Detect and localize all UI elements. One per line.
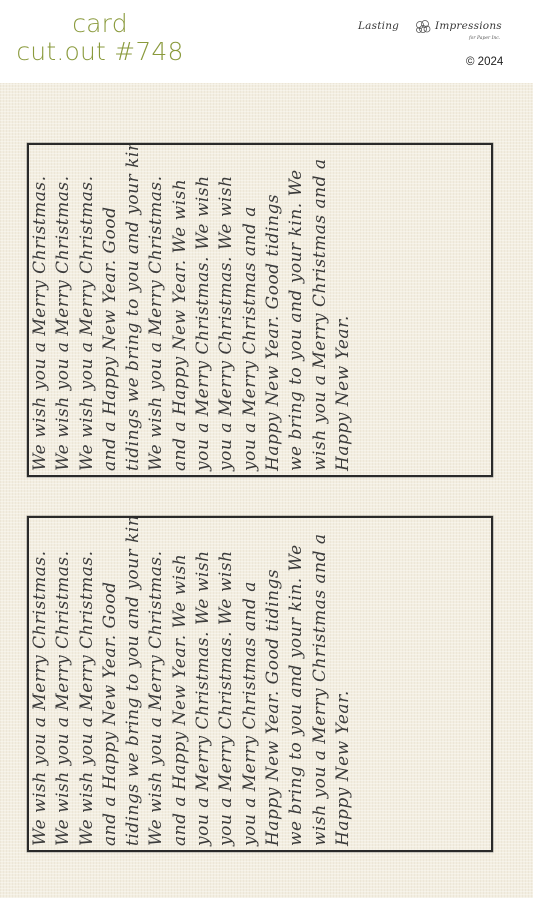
script-line: you a Merry Christmas. We wish (192, 145, 215, 475)
script-line: wish you a Merry Christmas and a (309, 518, 332, 850)
script-line: We wish you a Merry Christmas. (52, 518, 75, 850)
script-line: and a Happy New Year. Good (99, 145, 122, 475)
brand-name-left: Lasting (358, 20, 399, 32)
script-line: wish you a Merry Christmas and a (309, 145, 332, 475)
script-text-block: We wish you a Merry Christmas. We wish y… (29, 518, 491, 850)
script-line: you a Merry Christmas and a (239, 518, 262, 850)
script-line: you a Merry Christmas and a (239, 145, 262, 475)
script-line: tidings we bring to you and your kin. (122, 145, 145, 475)
script-line: you a Merry Christmas. We wish (215, 518, 238, 850)
bottom-card-panel: We wish you a Merry Christmas. We wish y… (27, 516, 493, 852)
script-text-block: We wish you a Merry Christmas. We wish y… (29, 145, 491, 475)
script-line: We wish you a Merry Christmas. (76, 518, 99, 850)
script-line: and a Happy New Year. We wish (169, 145, 192, 475)
script-line: we bring to you and your kin. We (285, 145, 308, 475)
product-title: card cut.out #748 (0, 10, 200, 66)
script-line: We wish you a Merry Christmas. (29, 518, 52, 850)
script-line: We wish you a Merry Christmas. (145, 145, 168, 475)
script-line: you a Merry Christmas. We wish (192, 518, 215, 850)
script-line: tidings we bring to you and your kin. (122, 518, 145, 850)
script-line: We wish you a Merry Christmas. (145, 518, 168, 850)
script-line: Happy New Year. (332, 518, 355, 850)
script-line: you a Merry Christmas. We wish (215, 145, 238, 475)
script-line: and a Happy New Year. We wish (169, 518, 192, 850)
script-line: and a Happy New Year. Good (99, 518, 122, 850)
script-line: We wish you a Merry Christmas. (76, 145, 99, 475)
script-line: We wish you a Merry Christmas. (52, 145, 75, 475)
linen-background: We wish you a Merry Christmas. We wish y… (0, 83, 533, 898)
brand-name-right: Impressions (435, 20, 502, 32)
title-line-1: card (0, 10, 200, 38)
flower-icon (413, 19, 433, 35)
script-line: we bring to you and your kin. We (285, 518, 308, 850)
script-line: Happy New Year. Good tidings (262, 518, 285, 850)
header: card cut.out #748 Lasting Impressions fo… (0, 0, 533, 83)
top-card-panel: We wish you a Merry Christmas. We wish y… (27, 143, 493, 477)
copyright-text: © 2024 (466, 56, 503, 68)
script-line: Happy New Year. Good tidings (262, 145, 285, 475)
script-line: We wish you a Merry Christmas. (29, 145, 52, 475)
brand-logo: Lasting Impressions for Paper Inc. (352, 18, 527, 42)
script-line: Happy New Year. (332, 145, 355, 475)
title-line-2: cut.out #748 (0, 38, 200, 66)
brand-subtitle: for Paper Inc. (469, 36, 500, 41)
